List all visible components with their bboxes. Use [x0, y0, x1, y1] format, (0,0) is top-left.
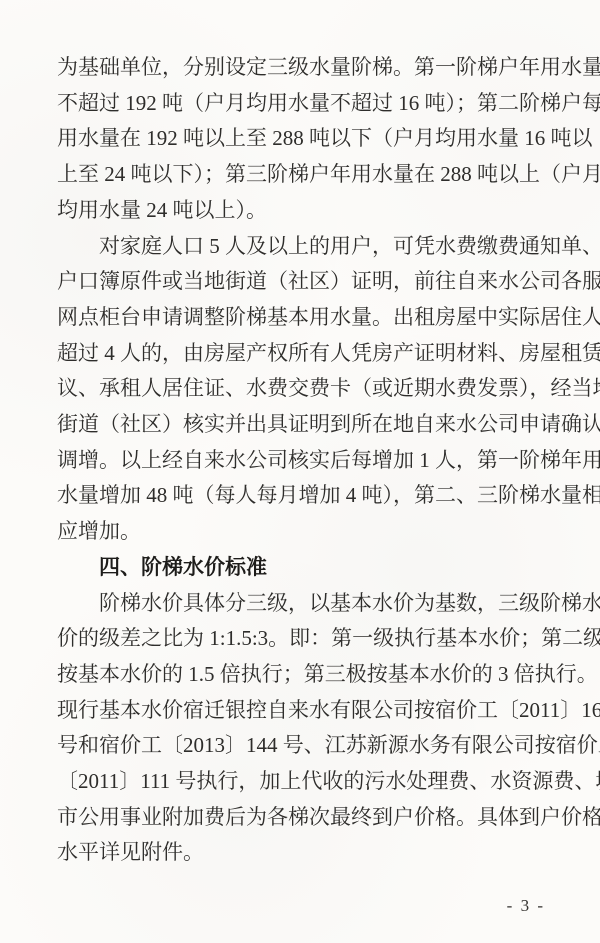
paragraph-household-adjustment: 对家庭人口 5 人及以上的用户，可凭水费缴费通知单、 户口簿原件或当地街道（社区…	[57, 229, 546, 550]
text-line: 均用水量 24 吨以上）。	[57, 193, 546, 229]
text-line: 超过 4 人的，由房屋产权所有人凭房产证明材料、房屋租赁协	[57, 336, 546, 372]
paragraph-water-volume-tiers: 为基础单位，分别设定三级水量阶梯。第一阶梯户年用水量 不超过 192 吨（户月均…	[57, 50, 546, 229]
text-line: 价的级差之比为 1:1.5:3。即：第一级执行基本水价；第二级	[57, 621, 546, 657]
text-line: 用水量在 192 吨以上至 288 吨以下（户月均用水量 16 吨以	[57, 121, 546, 157]
text-line: 街道（社区）核实并出具证明到所在地自来水公司申请确认后	[57, 407, 546, 443]
text-line: 户口簿原件或当地街道（社区）证明，前往自来水公司各服务	[57, 264, 546, 300]
paragraph-tiered-price-standard: 阶梯水价具体分三级，以基本水价为基数，三级阶梯水 价的级差之比为 1:1.5:3…	[57, 586, 546, 872]
text-line: 为基础单位，分别设定三级水量阶梯。第一阶梯户年用水量	[57, 50, 546, 86]
text-line: 调增。以上经自来水公司核实后每增加 1 人，第一阶梯年用	[57, 443, 546, 479]
text-line: 议、承租人居住证、水费交费卡（或近期水费发票），经当地	[57, 371, 546, 407]
text-line: 应增加。	[57, 514, 546, 550]
text-line: 按基本水价的 1.5 倍执行；第三极按基本水价的 3 倍执行。	[57, 657, 546, 693]
text-line: 上至 24 吨以下）；第三阶梯户年用水量在 288 吨以上（户月	[57, 157, 546, 193]
page-number: - 3 -	[507, 896, 545, 916]
text-line: 号和宿价工〔2013〕144 号、江苏新源水务有限公司按宿价工	[57, 728, 546, 764]
text-line: 现行基本水价宿迁银控自来水有限公司按宿价工〔2011〕169	[57, 693, 546, 729]
document-body: 为基础单位，分别设定三级水量阶梯。第一阶梯户年用水量 不超过 192 吨（户月均…	[57, 50, 546, 871]
text-line: 对家庭人口 5 人及以上的用户，可凭水费缴费通知单、	[57, 229, 546, 265]
text-line: 市公用事业附加费后为各梯次最终到户价格。具体到户价格	[57, 800, 546, 836]
text-line: 网点柜台申请调整阶梯基本用水量。出租房屋中实际居住人口	[57, 300, 546, 336]
text-line: 水量增加 48 吨（每人每月增加 4 吨），第二、三阶梯水量相	[57, 478, 546, 514]
text-line: 水平详见附件。	[57, 835, 546, 871]
section-heading: 四、阶梯水价标准	[57, 550, 546, 586]
text-line: 阶梯水价具体分三级，以基本水价为基数，三级阶梯水	[57, 586, 546, 622]
text-line: 不超过 192 吨（户月均用水量不超过 16 吨）；第二阶梯户每	[57, 86, 546, 122]
document-page: { "page": { "number_label": "- 3 -" }, "…	[0, 0, 600, 943]
text-line: 〔2011〕111 号执行，加上代收的污水处理费、水资源费、城	[57, 764, 546, 800]
